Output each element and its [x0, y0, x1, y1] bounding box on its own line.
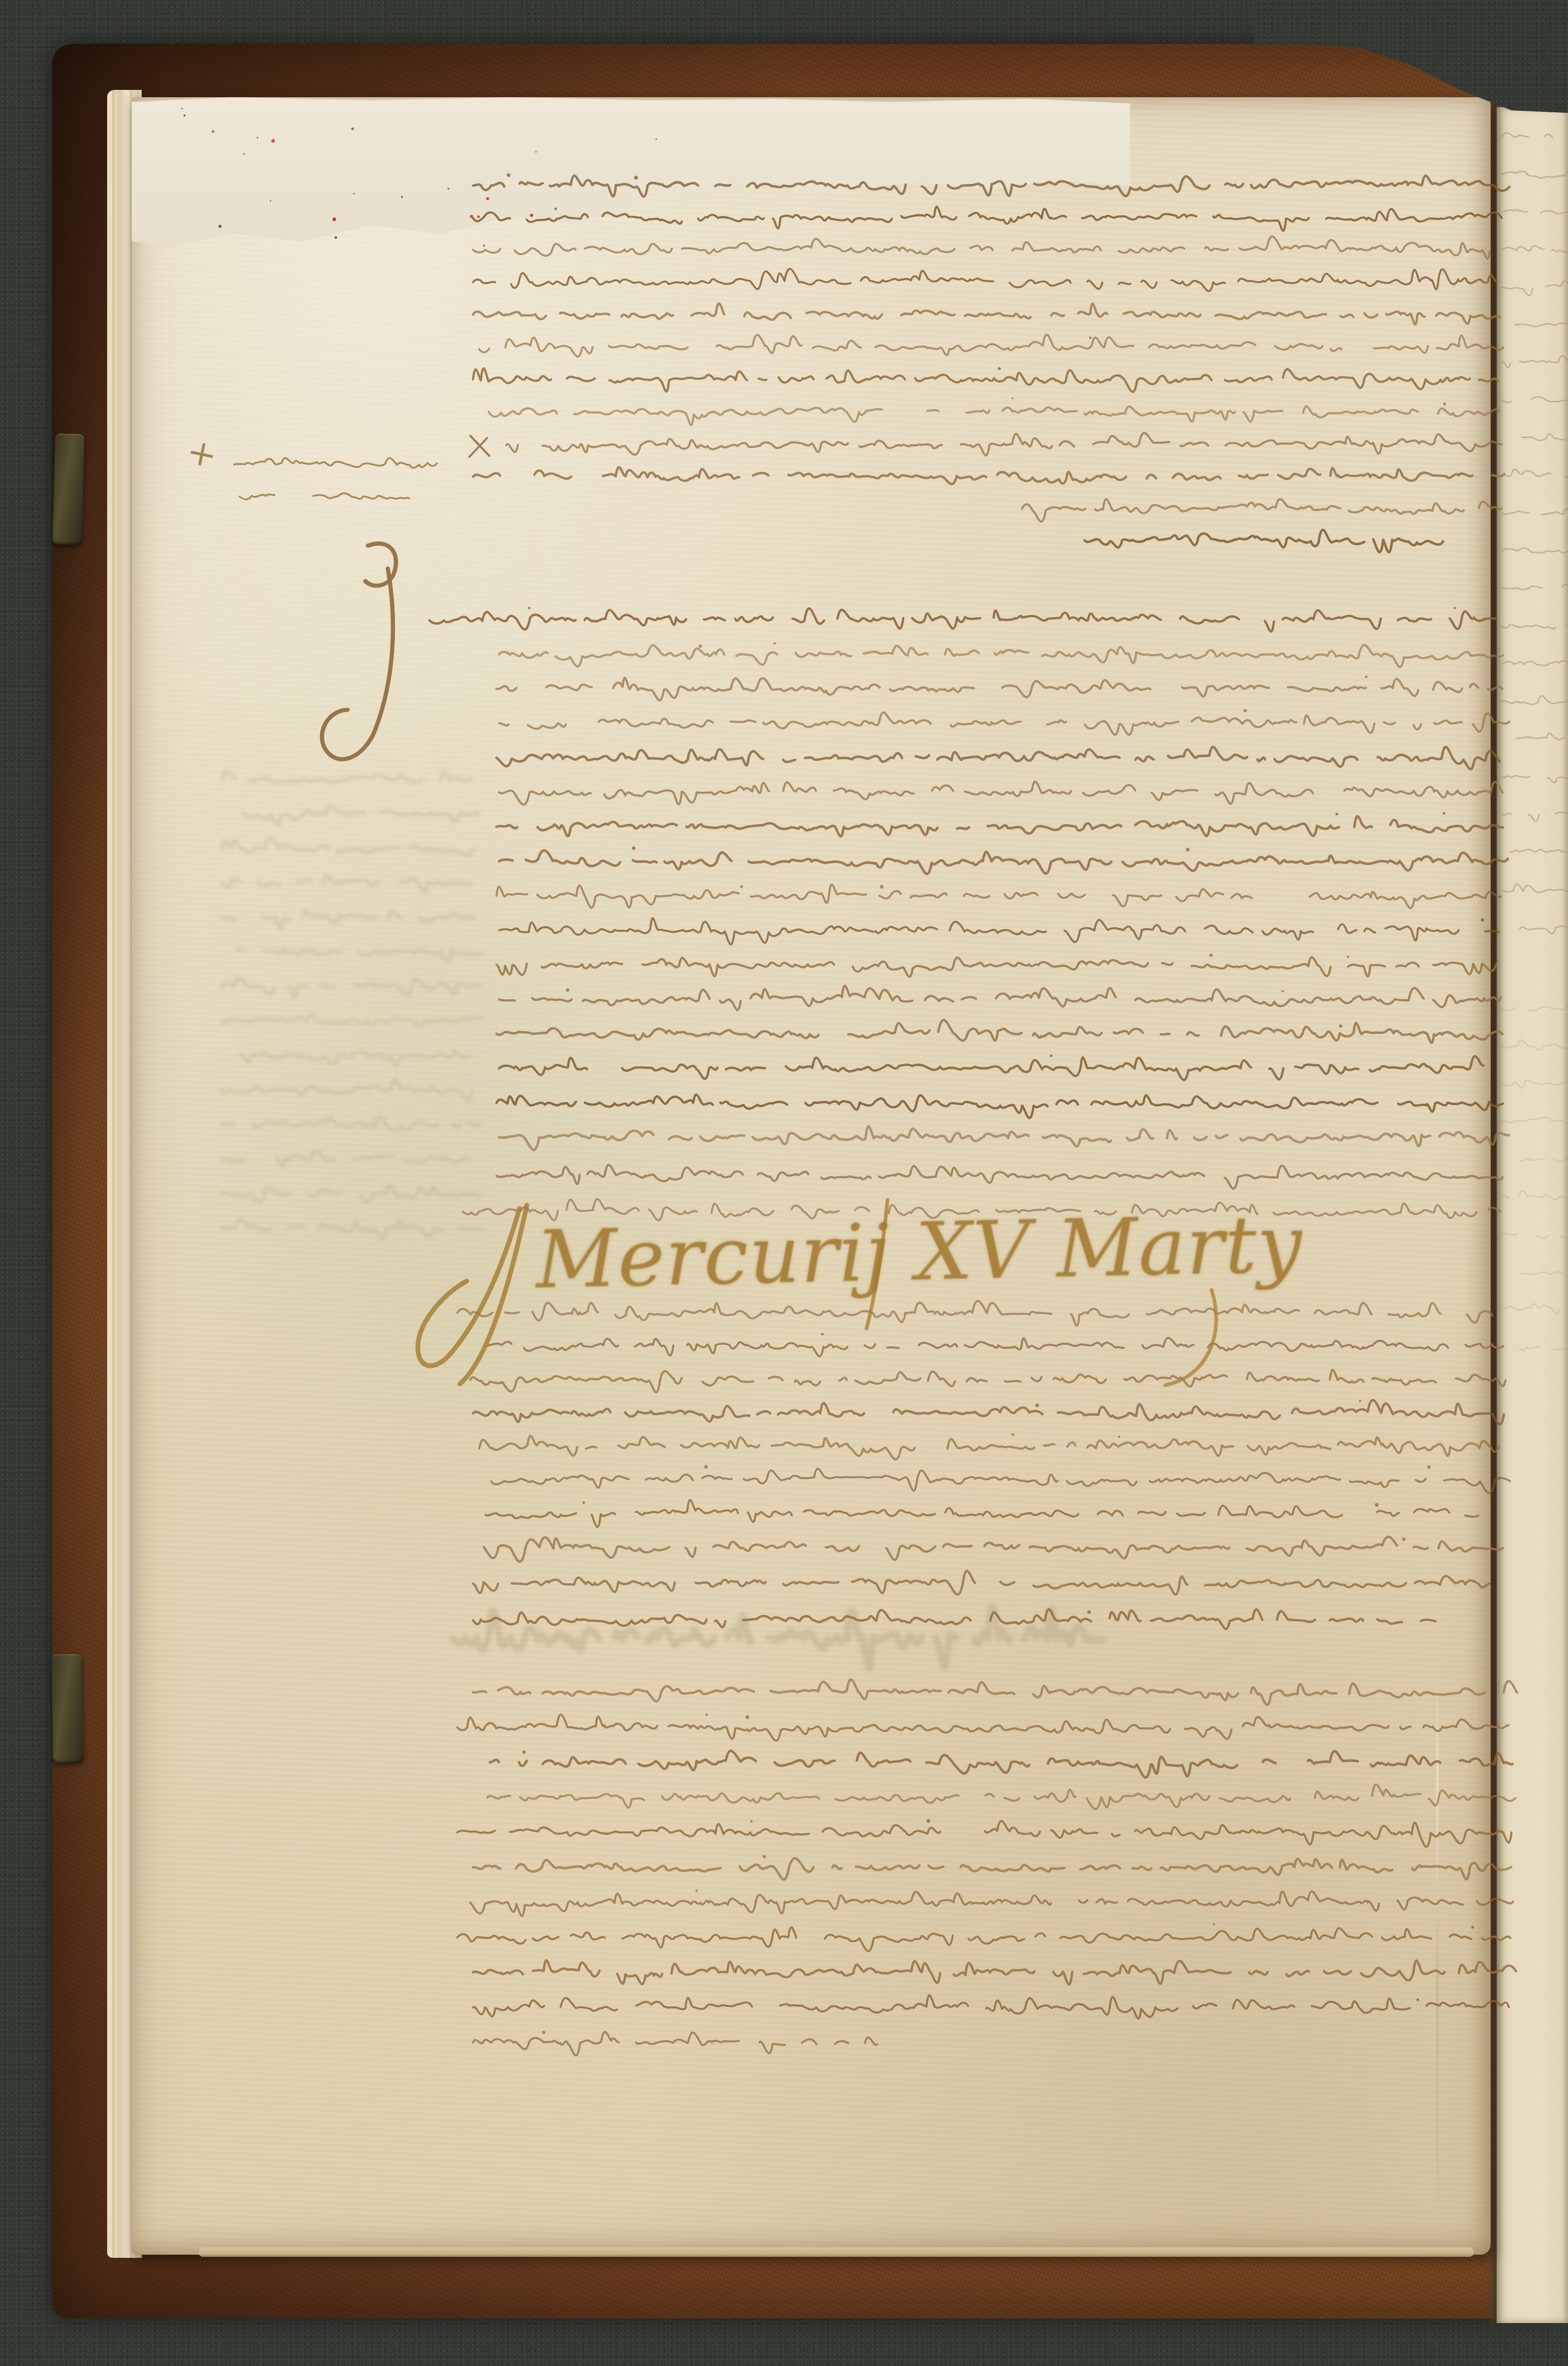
- manuscript-scan: Mercurij XV Marty +: [0, 0, 1568, 2366]
- red-speckle: [243, 153, 245, 155]
- red-speckle: [530, 214, 533, 217]
- red-speckle: [351, 128, 354, 130]
- manuscript-paragraph-entry-3: [457, 1301, 1510, 1629]
- red-speckle: [486, 197, 489, 200]
- manuscript-paragraph-entry-2: [430, 607, 1509, 1220]
- red-speckle: [470, 215, 473, 218]
- adjacent-page-writing: [1502, 133, 1568, 1350]
- red-speckle: [270, 200, 271, 202]
- red-speckle: [447, 188, 449, 190]
- marginal-note-writing: [234, 458, 437, 499]
- red-speckle: [535, 151, 537, 153]
- manuscript-heading: Mercurij XV Marty: [535, 1205, 1304, 1300]
- red-speckle: [543, 182, 544, 184]
- manuscript-paragraph-entry-4: [457, 1680, 1517, 2056]
- manuscript-paragraph-entry-1: [473, 174, 1509, 552]
- red-speckle: [353, 193, 355, 194]
- red-speckle: [483, 245, 485, 247]
- red-speckle: [271, 139, 275, 143]
- dark-speck: [335, 236, 337, 239]
- red-speckle: [183, 114, 186, 117]
- red-speckle: [332, 217, 336, 221]
- handwriting-layer: [0, 0, 1568, 2366]
- red-speckle: [477, 215, 480, 218]
- red-speckle: [181, 108, 183, 109]
- red-speckle: [257, 137, 258, 139]
- dark-speck: [218, 225, 222, 228]
- red-speckle: [212, 130, 214, 133]
- red-speckle: [401, 196, 403, 198]
- red-speckle: [655, 139, 657, 140]
